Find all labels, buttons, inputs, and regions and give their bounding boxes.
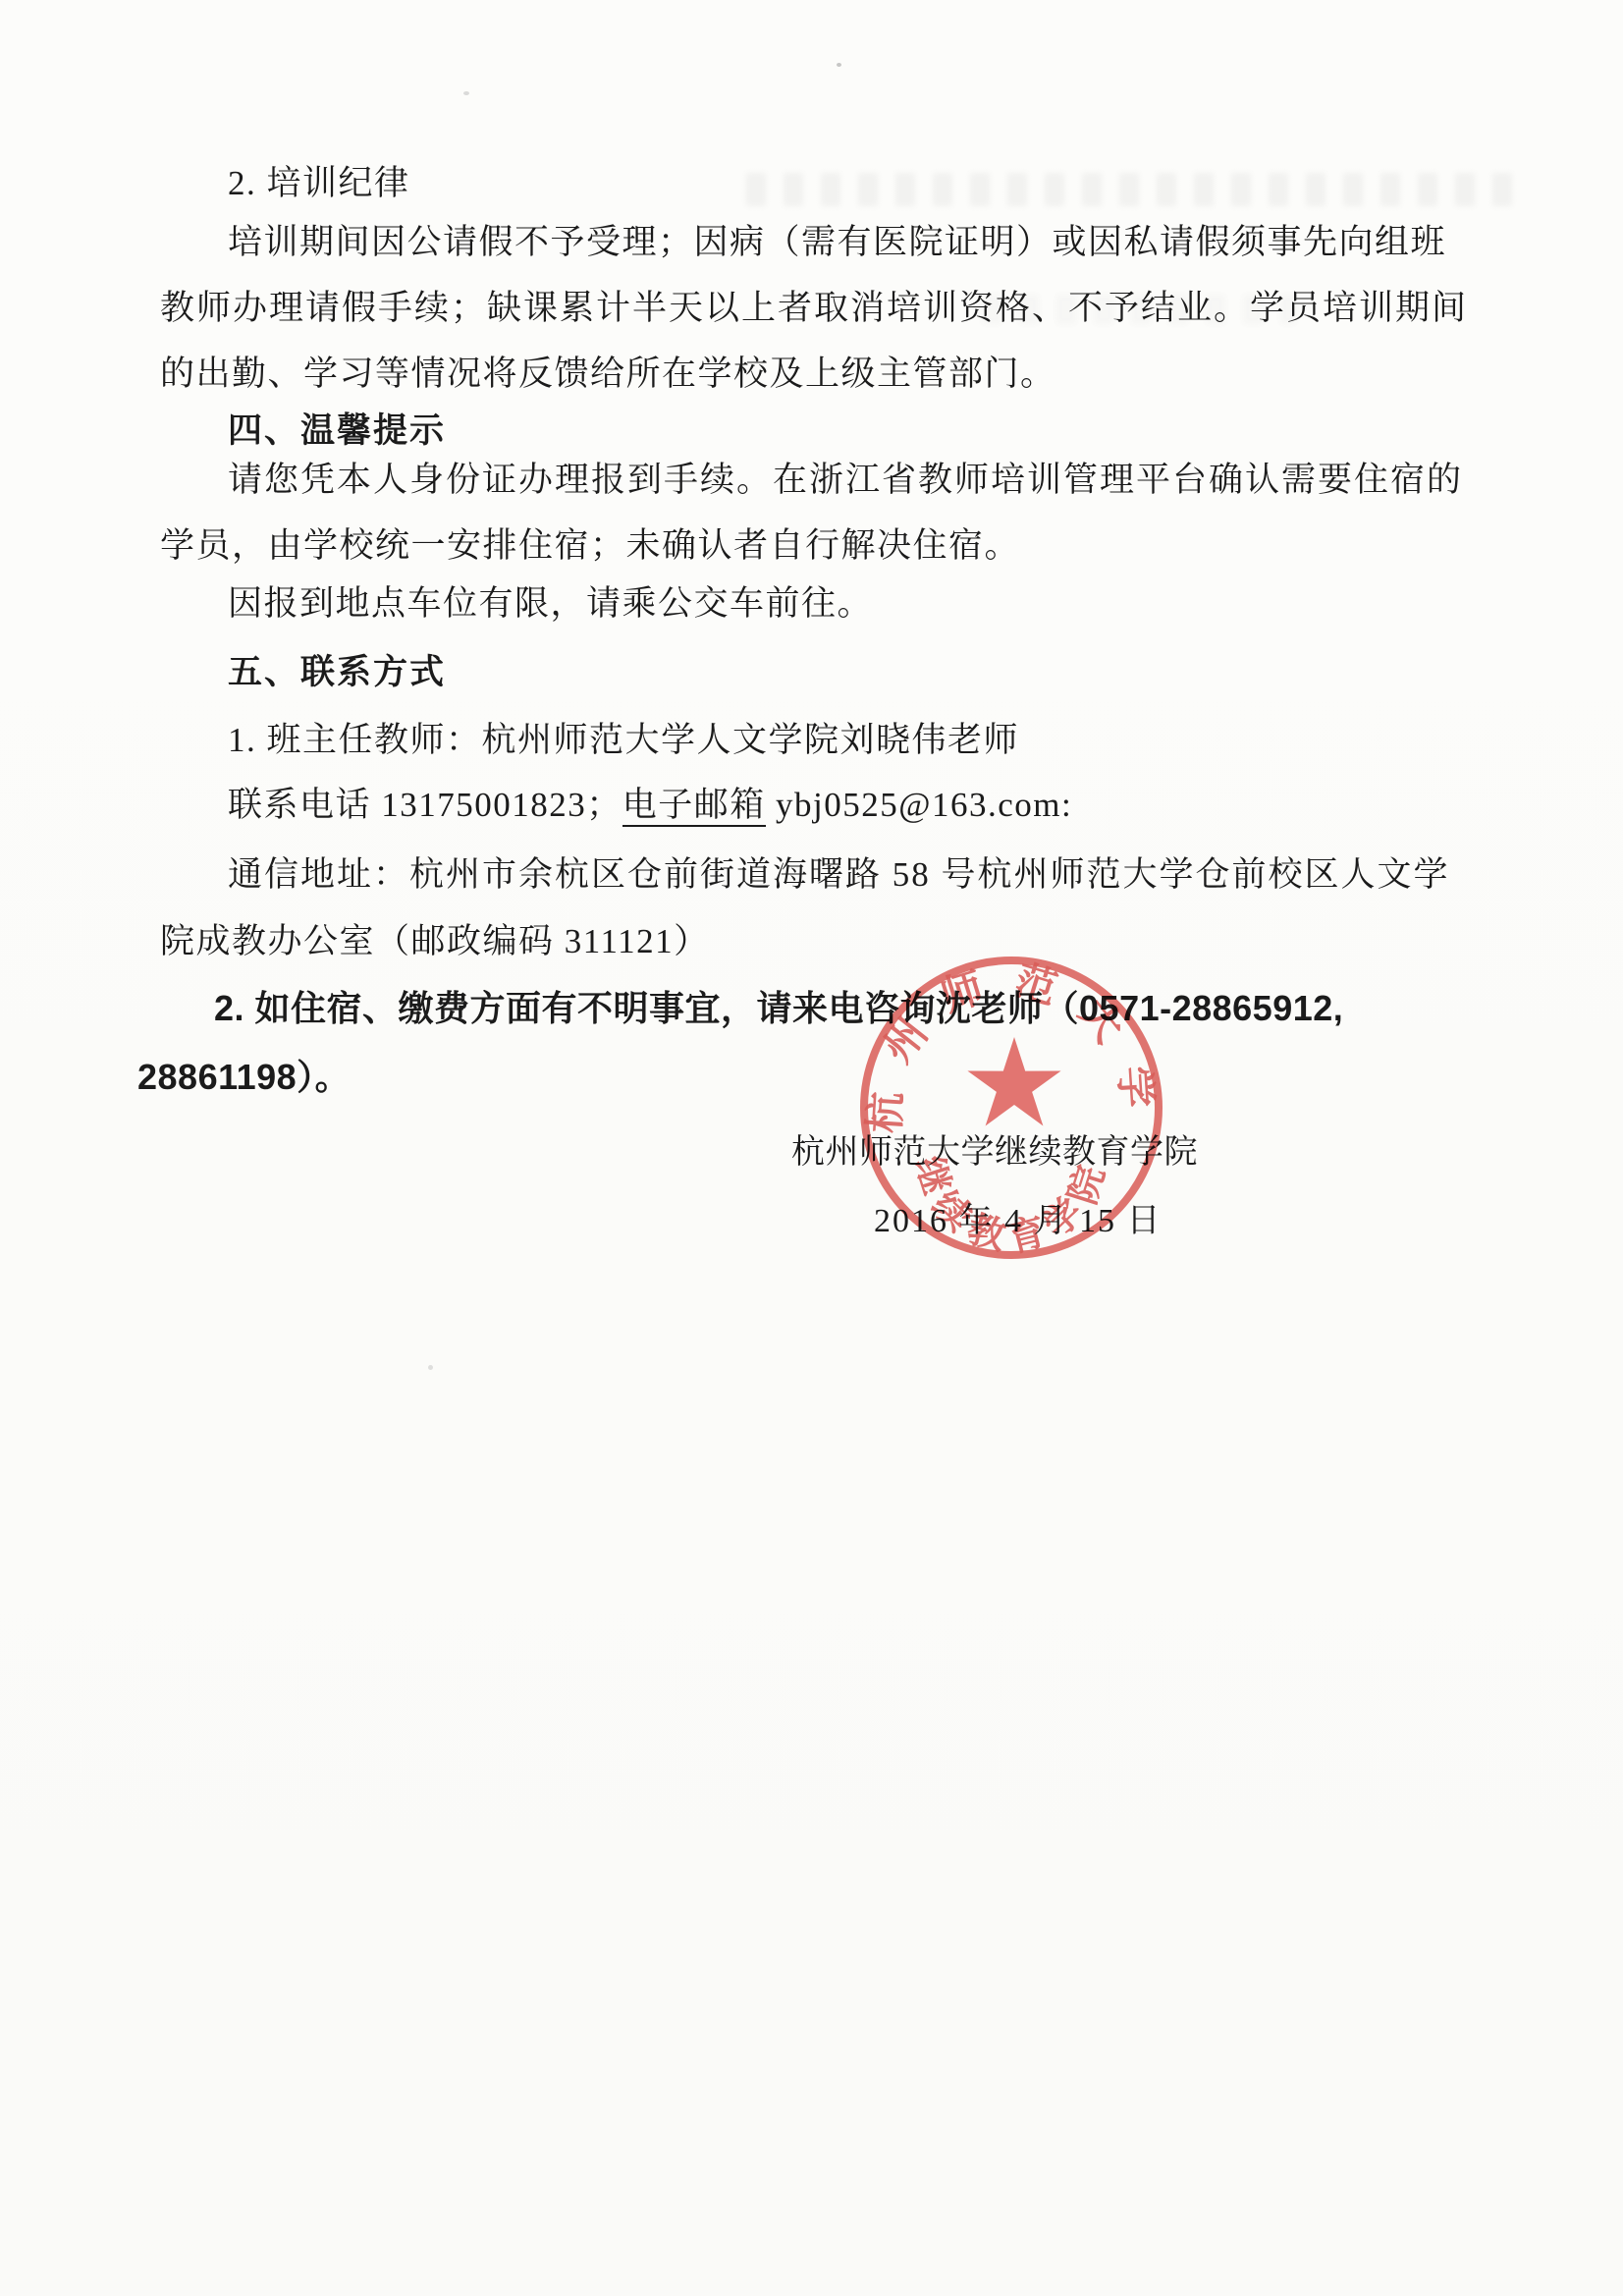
section-heading-tips: 四、温馨提示 (228, 412, 446, 449)
hotline-line: 2. 如住宿、缴费方面有不明事宜，请来电咨询沈老师（0571-28865912, (214, 990, 1343, 1026)
subsection-heading-discipline: 2. 培训纪律 (228, 165, 410, 201)
scan-speck (463, 91, 469, 95)
official-seal-stamp: 杭州师范大学 继续教育学院 (849, 946, 1173, 1270)
email-label: 电子邮箱 (622, 786, 766, 827)
phone-email-line: 联系电话 13175001823；电子邮箱 ybj0525@163.com: (228, 787, 1072, 823)
mailing-address-line: 院成教办公室（邮政编码 311121） (160, 923, 710, 959)
seal-arc-top-text: 杭州师范大学 (862, 957, 1161, 1135)
scan-speck (428, 1365, 433, 1370)
head-teacher-line: 1. 班主任教师：杭州师范大学人文学院刘晓伟老师 (228, 722, 1019, 758)
phone-number-text: 联系电话 13175001823； (228, 786, 622, 824)
hotline-line: 28861198）。 (137, 1059, 351, 1095)
paragraph-line: 的出勤、学习等情况将反馈给所在学校及上级主管部门。 (160, 355, 1056, 392)
section-heading-contact: 五、联系方式 (228, 654, 446, 690)
mailing-address-line: 通信地址：杭州市余杭区仓前街道海曙路 58 号杭州师范大学仓前校区人文学 (228, 856, 1450, 893)
paragraph-line: 学员，由学校统一安排住宿；未确认者自行解决住宿。 (160, 527, 1020, 564)
bleed-through-artifact (746, 173, 1512, 206)
paragraph-line: 因报到地点车位有限，请乘公交车前往。 (228, 585, 873, 622)
seal-arc-bottom-text: 继续教育学院 (907, 1152, 1116, 1261)
email-address-text: ybj0525@163.com: (766, 786, 1072, 824)
paragraph-line: 请您凭本人身份证办理报到手续。在浙江省教师培训管理平台确认需要住宿的 (228, 462, 1463, 498)
svg-text:杭州师范大学: 杭州师范大学 (862, 957, 1161, 1135)
paragraph-line: 培训期间因公请假不予受理；因病（需有医院证明）或因私请假须事先向组班 (228, 224, 1446, 260)
scan-speck (837, 63, 841, 67)
document-page: 2. 培训纪律 培训期间因公请假不予受理；因病（需有医院证明）或因私请假须事先向… (0, 0, 1623, 2296)
star-icon (967, 1037, 1060, 1126)
paragraph-line: 教师办理请假手续；缺课累计半天以上者取消培训资格、不予结业。学员培训期间 (160, 290, 1468, 326)
svg-text:继续教育学院: 继续教育学院 (907, 1152, 1116, 1261)
